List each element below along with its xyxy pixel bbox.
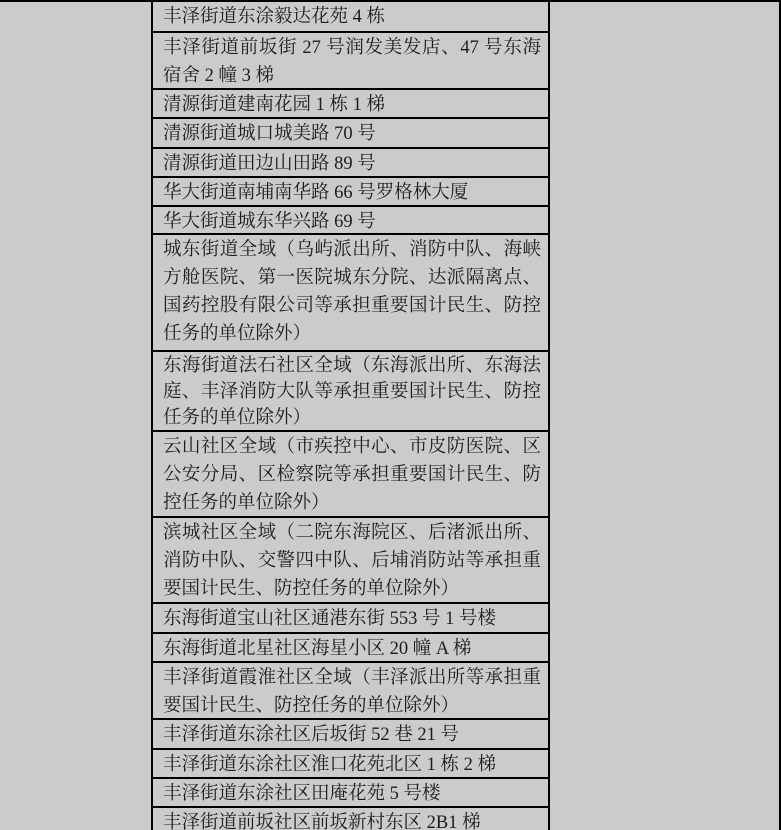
table-row: 清源街道建南花园 1 栋 1 梯	[153, 90, 548, 119]
cell-text: 城东街道全域（乌屿派出所、消防中队、海峡方舱医院、第一医院城东分院、达派隔离点、…	[163, 240, 541, 344]
cell-text: 华大街道城东华兴路 69 号	[163, 212, 376, 232]
cell-text: 滨城社区全域（二院东海院区、后渚派出所、消防中队、交警四中队、后埔消防站等承担重…	[163, 523, 541, 599]
table-row: 丰泽街道东涂社区田庵花苑 5 号楼	[153, 779, 548, 808]
table-row: 丰泽街道东涂社区淮口花苑北区 1 栋 2 梯	[153, 750, 548, 779]
cell-text: 丰泽街道霞淮社区全域（丰泽派出所等承担重要国计民生、防控任务的单位除外）	[163, 668, 541, 716]
document-table: 丰泽街道东涂毅达花苑 4 栋 丰泽街道前坂街 27 号润发美发店、47 号东海宿…	[0, 0, 781, 830]
table-row: 清源街道城口城美路 70 号	[153, 119, 548, 149]
cell-text: 丰泽街道东涂社区后坂街 52 巷 21 号	[163, 725, 459, 745]
table-row: 丰泽街道前坂街 27 号润发美发店、47 号东海宿舍 2 幢 3 梯	[153, 33, 548, 90]
table-row: 丰泽街道霞淮社区全域（丰泽派出所等承担重要国计民生、防控任务的单位除外）	[153, 663, 548, 720]
cell-text: 东海街道北星社区海星小区 20 幢 A 梯	[163, 639, 471, 659]
table-row: 丰泽街道东涂社区后坂街 52 巷 21 号	[153, 720, 548, 750]
right-empty-cell	[550, 2, 781, 830]
table-row: 东海街道宝山社区通港东街 553 号 1 号楼	[153, 604, 548, 634]
cell-text: 东海街道法石社区全域（东海派出所、东海法庭、丰泽消防大队等承担重要国计民生、防控…	[163, 356, 541, 428]
cell-text: 云山社区全域（市疾控中心、市皮防医院、区公安分局、区检察院等承担重要国计民生、防…	[163, 437, 541, 513]
table-row: 东海街道法石社区全域（东海派出所、东海法庭、丰泽消防大队等承担重要国计民生、防控…	[153, 352, 548, 432]
table-row: 华大街道城东华兴路 69 号	[153, 207, 548, 235]
cell-text: 清源街道城口城美路 70 号	[163, 124, 376, 144]
table-row: 丰泽街道东涂毅达花苑 4 栋	[153, 2, 548, 33]
table-row: 丰泽街道前坂社区前坂新村东区 2B1 梯	[153, 808, 548, 830]
table-row: 东海街道北星社区海星小区 20 幢 A 梯	[153, 634, 548, 663]
cell-text: 清源街道建南花园 1 栋 1 梯	[163, 95, 385, 115]
left-empty-cell	[0, 2, 151, 830]
address-column: 丰泽街道东涂毅达花苑 4 栋 丰泽街道前坂街 27 号润发美发店、47 号东海宿…	[151, 2, 550, 830]
cell-text: 丰泽街道前坂街 27 号润发美发店、47 号东海宿舍 2 幢 3 梯	[163, 38, 541, 86]
table-row: 滨城社区全域（二院东海院区、后渚派出所、消防中队、交警四中队、后埔消防站等承担重…	[153, 518, 548, 604]
cell-text: 东海街道宝山社区通港东街 553 号 1 号楼	[163, 609, 496, 629]
table-row: 清源街道田边山田路 89 号	[153, 149, 548, 178]
table-row: 华大街道南埔南华路 66 号罗格林大厦	[153, 178, 548, 207]
table-row: 城东街道全域（乌屿派出所、消防中队、海峡方舱医院、第一医院城东分院、达派隔离点、…	[153, 235, 548, 352]
cell-text: 清源街道田边山田路 89 号	[163, 154, 376, 174]
cell-text: 丰泽街道东涂社区淮口花苑北区 1 栋 2 梯	[163, 755, 496, 775]
cell-text: 华大街道南埔南华路 66 号罗格林大厦	[163, 183, 468, 203]
document-page: 丰泽街道东涂毅达花苑 4 栋 丰泽街道前坂街 27 号润发美发店、47 号东海宿…	[0, 0, 781, 830]
cell-text: 丰泽街道前坂社区前坂新村东区 2B1 梯	[163, 813, 481, 830]
table-row: 云山社区全域（市疾控中心、市皮防医院、区公安分局、区检察院等承担重要国计民生、防…	[153, 432, 548, 518]
cell-text: 丰泽街道东涂社区田庵花苑 5 号楼	[163, 784, 441, 804]
cell-text: 丰泽街道东涂毅达花苑 4 栋	[163, 7, 385, 27]
